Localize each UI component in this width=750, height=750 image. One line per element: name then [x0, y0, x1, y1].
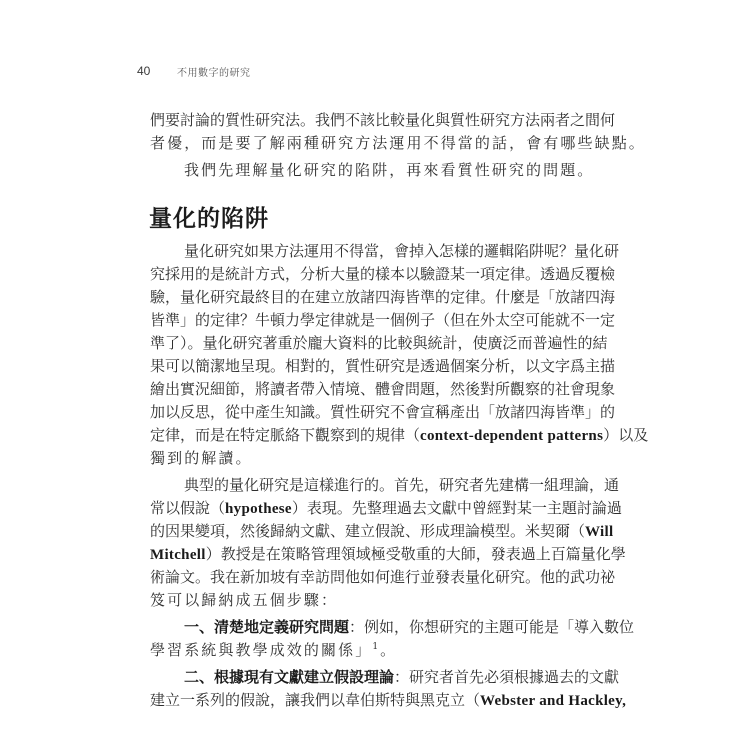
text-line: 笈可以歸納成五個步驟：: [150, 590, 338, 610]
text-line: Mitchell）教授是在策略管理領域極受敬重的大師，發表過上百篇量化學: [150, 544, 555, 564]
english-term: context-dependent patterns: [420, 428, 603, 444]
text-line: 驗，量化研究最終目的在建立放諸四海皆準的定律。什麼是「放諸四海: [150, 287, 555, 307]
text-line: 準了）。量化研究著重於龐大資料的比較與統計，使廣泛而普遍性的結: [150, 333, 555, 353]
step-1-line: 學習系統與教學成效的關係」1。: [150, 640, 397, 660]
text-line: 果可以簡潔地呈現。相對的，質性研究是透過個案分析，以文字爲主描: [150, 356, 555, 376]
text-line: 們要討論的質性研究法。我們不該比較量化與質性研究方法兩者之間何: [150, 110, 555, 130]
english-term: hypothese: [225, 501, 292, 517]
running-header: 40 不用數字的研究: [137, 63, 251, 79]
text-line: 皆準」的定律？牛頓力學定律就是一個例子（但在外太空可能就不一定: [150, 310, 555, 330]
text-line: 者優，而是要了解兩種研究方法運用不得當的話，會有哪些缺點。: [150, 133, 646, 153]
step-text: 。: [380, 641, 397, 659]
footnote-marker[interactable]: 1: [372, 642, 380, 652]
step-1-line: 一、清楚地定義研究問題：例如，你想研究的主題可能是「導入數位: [184, 617, 555, 637]
step-2-line: 建立一系列的假說，讓我們以韋伯斯特與黑克立（Webster and Hackle…: [150, 690, 555, 710]
step-text: 建立一系列的假說，讓我們以韋伯斯特與黑克立（: [150, 691, 480, 709]
book-title: 不用數字的研究: [177, 64, 251, 79]
text-line: 定律，而是在特定脈絡下觀察到的規律（context-dependent patt…: [150, 425, 555, 445]
english-term: Webster and Hackley,: [480, 693, 626, 709]
text-segment: 常以假說（: [150, 499, 225, 517]
step-title: 一、清楚地定義研究問題: [184, 618, 349, 636]
step-title: 二、根據現有文獻建立假設理論: [184, 668, 394, 686]
text-line: 量化研究如果方法運用不得當，會掉入怎樣的邏輯陷阱呢？量化研: [184, 241, 555, 261]
text-line: 的因果變項，然後歸納文獻、建立假說、形成理論模型。米契爾（Will: [150, 521, 555, 541]
text-line: 加以反思，從中產生知識。質性研究不會宣稱產出「放諸四海皆準」的: [150, 402, 555, 422]
text-segment: ）表現。先整理過去文獻中曾經對某一主題討論過: [292, 499, 622, 517]
text-line: 常以假說（hypothese）表現。先整理過去文獻中曾經對某一主題討論過: [150, 498, 555, 518]
text-line: 術論文。我在新加坡有幸訪問他如何進行並發表量化研究。他的武功祕: [150, 567, 555, 587]
step-2-line: 二、根據現有文獻建立假設理論：研究者首先必須根據過去的文獻: [184, 667, 555, 687]
section-heading: 量化的陷阱: [149, 203, 269, 235]
text-segment: 定律，而是在特定脈絡下觀察到的規律（: [150, 426, 420, 444]
text-line: 典型的量化研究是這樣進行的。首先，研究者先建構一組理論，通: [184, 475, 555, 495]
step-text: 學習系統與教學成效的關係」: [150, 641, 372, 659]
text-line: 獨到的解讀。: [150, 448, 253, 468]
step-text: ：例如，你想研究的主題可能是「導入數位: [349, 618, 634, 636]
text-line: 我們先理解量化研究的陷阱，再來看質性研究的問題。: [184, 160, 594, 180]
text-segment: ）教授是在策略管理領域極受敬重的大師，發表過上百篇量化學: [206, 545, 626, 563]
page-number: 40: [137, 64, 177, 78]
book-page: 40 不用數字的研究 們要討論的質性研究法。我們不該比較量化與質性研究方法兩者之…: [0, 0, 750, 750]
english-term: Mitchell: [150, 547, 206, 563]
text-segment: ）以及: [603, 426, 648, 444]
text-line: 究採用的是統計方式，分析大量的樣本以驗證某一項定律。透過反覆檢: [150, 264, 555, 284]
step-text: ：研究者首先必須根據過去的文獻: [394, 668, 619, 686]
english-term: Will: [585, 524, 613, 540]
text-line: 繪出實況細節，將讀者帶入情境、體會問題，然後對所觀察的社會現象: [150, 379, 555, 399]
text-segment: 的因果變項，然後歸納文獻、建立假說、形成理論模型。米契爾（: [150, 522, 585, 540]
